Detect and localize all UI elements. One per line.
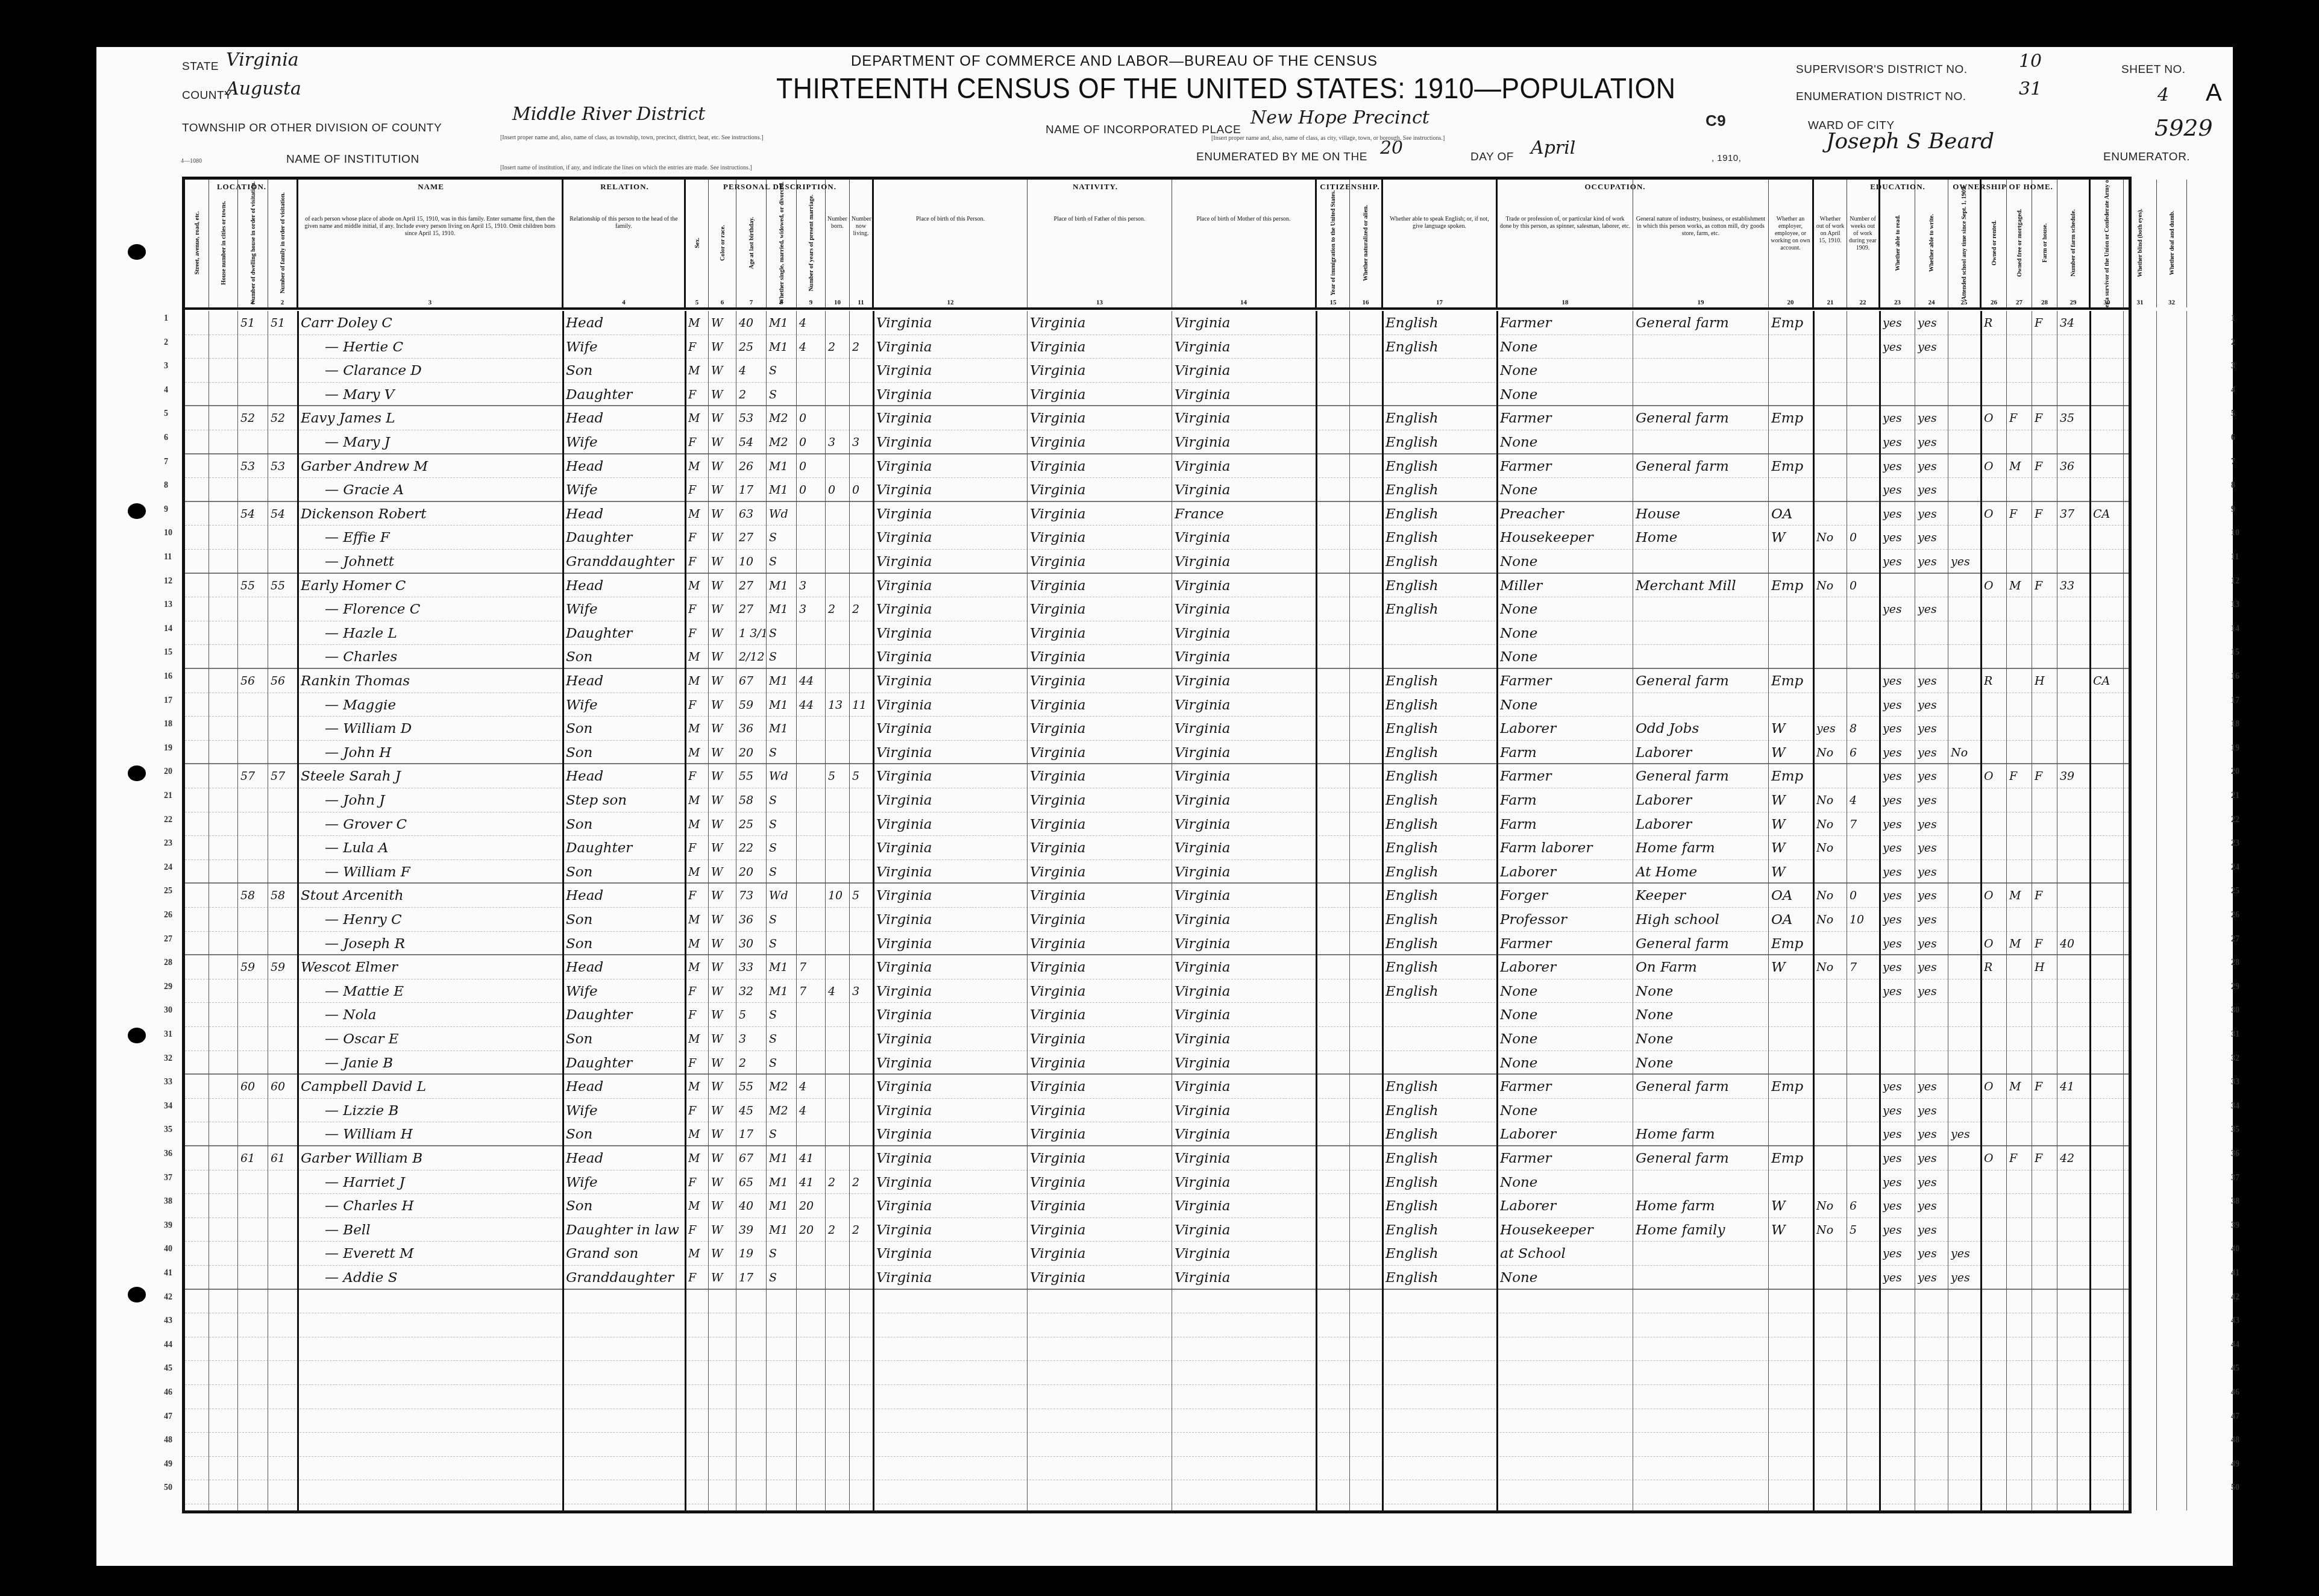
- table-row: — Effie FDaughterFW27SVirginiaVirginiaVi…: [185, 526, 2129, 550]
- cell-read: yes: [1883, 503, 1914, 525]
- cell-sex: M: [688, 909, 708, 931]
- cell-name: — Charles: [301, 646, 586, 668]
- column-header-text: Whether able to read.: [1894, 215, 1901, 271]
- column-header-c_house: House number in cities or towns.: [209, 180, 238, 307]
- line-number-right: 45: [2231, 1364, 2239, 1374]
- line-number-left: 15: [164, 648, 172, 658]
- line-number-right: 31: [2231, 1030, 2239, 1040]
- cell-father-birth: Virginia: [1030, 718, 1171, 740]
- cell-age: 39: [739, 1219, 765, 1241]
- cell-dwelling: 59: [240, 957, 267, 978]
- column-header-text: Owned or rented.: [1991, 221, 1997, 266]
- cell-age: 20: [739, 861, 765, 883]
- cell-marital: S: [769, 384, 795, 406]
- cell-father-birth: Virginia: [1030, 1100, 1171, 1122]
- cell-weeks-out: 0: [1850, 885, 1879, 906]
- cell-schedule: 35: [2060, 407, 2089, 429]
- cell-trade: None: [1500, 479, 1632, 501]
- line-number-left: 1: [164, 314, 168, 324]
- column-header-text: House number in cities or towns.: [220, 201, 227, 285]
- cell-name: Early Homer C: [301, 575, 562, 597]
- cell-relation: Wife: [566, 1100, 685, 1122]
- column-header-text: Place of birth of this Person.: [876, 216, 1025, 223]
- line-number-left: 26: [164, 911, 172, 920]
- cell-free-mort: M: [2009, 575, 2031, 597]
- line-number-right: 18: [2231, 720, 2239, 729]
- cell-marital: Wd: [769, 765, 795, 787]
- cell-relation: Daughter: [566, 527, 685, 548]
- table-row: — CharlesSonMW2/12SVirginiaVirginiaVirgi…: [185, 645, 2129, 669]
- cell-sex: M: [688, 407, 708, 429]
- line-number-left: 6: [164, 433, 168, 443]
- column-divider: [209, 311, 209, 1510]
- line-number-right: 12: [2231, 577, 2239, 586]
- punch-hole: [128, 244, 146, 260]
- line-number-right: 28: [2231, 958, 2239, 968]
- cell-name: — Lula A: [301, 837, 586, 859]
- cell-sex: M: [688, 1076, 708, 1098]
- cell-name: — Janie B: [301, 1052, 586, 1074]
- cell-age: 45: [739, 1100, 765, 1122]
- cell-sex: F: [688, 623, 708, 644]
- empty-row: [185, 1361, 2129, 1385]
- table-row: — Henry CSonMW36SVirginiaVirginiaVirgini…: [185, 908, 2129, 932]
- cell-birth: Virginia: [876, 885, 1026, 906]
- cell-race: W: [711, 981, 735, 1002]
- cell-class: W: [1771, 718, 1813, 740]
- cell-father-birth: Virginia: [1030, 670, 1171, 692]
- cell-mother-birth: Virginia: [1175, 646, 1316, 668]
- cell-language: English: [1385, 933, 1496, 955]
- cell-out-of-work: No: [1816, 527, 1846, 548]
- column-header-text: Trade or profession of, or particular ki…: [1499, 216, 1631, 230]
- cell-write: yes: [1918, 885, 1947, 906]
- cell-father-birth: Virginia: [1030, 1243, 1171, 1265]
- cell-industry: Home family: [1636, 1219, 1768, 1241]
- cell-industry: Laborer: [1636, 742, 1768, 764]
- cell-language: English: [1385, 1243, 1496, 1265]
- cell-mother-birth: Virginia: [1175, 670, 1316, 692]
- cell-mother-birth: Virginia: [1175, 814, 1316, 835]
- cell-mother-birth: Virginia: [1175, 718, 1316, 740]
- line-number-left: 28: [164, 958, 172, 968]
- cell-mother-birth: Virginia: [1175, 1243, 1316, 1265]
- cell-birth: Virginia: [876, 742, 1026, 764]
- line-number-right: 23: [2231, 839, 2239, 849]
- column-header-c30: Whether a survivor of the Union or Confe…: [2091, 180, 2124, 307]
- cell-marital: S: [769, 861, 795, 883]
- column-number: 5: [686, 299, 708, 306]
- cell-age: 59: [739, 694, 765, 716]
- cell-birth: Virginia: [876, 1100, 1026, 1122]
- cell-sex: F: [688, 384, 708, 406]
- cell-language: English: [1385, 1148, 1496, 1169]
- cell-read: yes: [1883, 479, 1914, 501]
- cell-class: Emp: [1771, 670, 1813, 692]
- column-header-text: Number of weeks out of work during year …: [1849, 216, 1877, 252]
- cell-mother-birth: Virginia: [1175, 1172, 1316, 1193]
- cell-age: 17: [739, 479, 765, 501]
- cell-living: 2: [852, 336, 873, 358]
- cell-name: Garber Andrew M: [301, 456, 562, 477]
- cell-relation: Grand son: [566, 1243, 685, 1265]
- cell-write: yes: [1918, 1267, 1947, 1289]
- cell-weeks-out: 10: [1850, 909, 1879, 931]
- cell-name: — Maggie: [301, 694, 586, 716]
- column-number: 26: [1982, 299, 2006, 306]
- cell-father-birth: Virginia: [1030, 336, 1171, 358]
- cell-race: W: [711, 598, 735, 620]
- line-number-right: 48: [2231, 1436, 2239, 1445]
- cell-class: W: [1771, 1195, 1813, 1217]
- cell-industry: General farm: [1636, 765, 1768, 787]
- cell-age: 40: [739, 1195, 765, 1217]
- cell-born: 4: [828, 981, 849, 1002]
- cell-free-mort: M: [2009, 933, 2031, 955]
- cell-school: No: [1951, 742, 1980, 764]
- cell-mother-birth: Virginia: [1175, 432, 1316, 453]
- cell-owned: R: [1984, 312, 2006, 334]
- cell-marital: M2: [769, 1100, 795, 1122]
- column-divider: [268, 311, 268, 1510]
- cell-birth: Virginia: [876, 909, 1026, 931]
- cell-age: 10: [739, 551, 765, 573]
- line-number-right: 4: [2231, 386, 2235, 395]
- cell-father-birth: Virginia: [1030, 1028, 1171, 1050]
- cell-free-mort: M: [2009, 1076, 2031, 1098]
- cell-birth: Virginia: [876, 384, 1026, 406]
- column-number: 30: [2091, 299, 2123, 306]
- line-number-left: 4: [164, 386, 168, 395]
- cell-out-of-work: No: [1816, 575, 1846, 597]
- table-row: — Charles HSonMW40M120VirginiaVirginiaVi…: [185, 1194, 2129, 1218]
- cell-out-of-work: No: [1816, 1195, 1846, 1217]
- column-divider: [736, 311, 736, 1510]
- cell-marital: S: [769, 909, 795, 931]
- line-number-right: 5: [2231, 409, 2235, 419]
- line-number-right: 11: [2231, 553, 2239, 562]
- column-header-c7: Age at last birthday.7: [736, 180, 767, 307]
- cell-language: English: [1385, 885, 1496, 906]
- cell-marital: Wd: [769, 503, 795, 525]
- cell-age: 1 3/12: [739, 623, 765, 644]
- line-number-left: 44: [164, 1340, 172, 1350]
- cell-birth: Virginia: [876, 1243, 1026, 1265]
- column-header-c9: Number of years of present marriage.9: [797, 180, 826, 307]
- cell-read: yes: [1883, 1267, 1914, 1289]
- empty-row: [185, 1409, 2129, 1433]
- cell-write: yes: [1918, 1100, 1947, 1122]
- cell-race: W: [711, 646, 735, 668]
- cell-age: 55: [739, 765, 765, 787]
- cell-age: 73: [739, 885, 765, 906]
- punch-hole: [128, 503, 146, 519]
- cell-name: — Everett M: [301, 1243, 586, 1265]
- cell-read: yes: [1883, 1123, 1914, 1145]
- cell-sex: M: [688, 1028, 708, 1050]
- cell-sex: M: [688, 1195, 708, 1217]
- cell-trade: Housekeeper: [1500, 1219, 1632, 1241]
- line-number-right: 9: [2231, 505, 2235, 515]
- cell-language: English: [1385, 407, 1496, 429]
- cell-relation: Head: [566, 670, 685, 692]
- cell-veteran: CA: [2093, 670, 2123, 692]
- column-header-c25: Attended school any time since Sept. 1, …: [1948, 180, 1982, 307]
- township-note: [Insert proper name and, also, name of c…: [500, 134, 764, 141]
- cell-race: W: [711, 765, 735, 787]
- enumeration-district-label: ENUMERATION DISTRICT NO.: [1796, 90, 1966, 104]
- column-header-text: Whether able to speak English; or, if no…: [1385, 216, 1494, 230]
- cell-dwelling: 51: [240, 312, 267, 334]
- line-number-left: 34: [164, 1102, 172, 1111]
- group-title-citizenship: CITIZENSHIP.: [1317, 182, 1383, 192]
- cell-race: W: [711, 861, 735, 883]
- incorporated-note: [Insert proper name and, also, name of c…: [1211, 135, 1445, 142]
- cell-read: yes: [1883, 527, 1914, 548]
- cell-weeks-out: 4: [1850, 790, 1879, 811]
- cell-father-birth: Virginia: [1030, 479, 1171, 501]
- cell-birth: Virginia: [876, 1195, 1026, 1217]
- cell-living: 5: [852, 765, 873, 787]
- column-header-c1: Number of dwelling house in order of vis…: [238, 180, 268, 307]
- cell-mother-birth: Virginia: [1175, 694, 1316, 716]
- line-number-left: 5: [164, 409, 168, 419]
- cell-sex: M: [688, 312, 708, 334]
- cell-mother-birth: Virginia: [1175, 1100, 1316, 1122]
- cell-marital: M1: [769, 479, 795, 501]
- column-header-c22: Number of weeks out of work during year …: [1847, 180, 1880, 307]
- cell-write: yes: [1918, 765, 1947, 787]
- cell-years-married: 3: [799, 598, 824, 620]
- cell-birth: Virginia: [876, 957, 1026, 978]
- line-number-right: 26: [2231, 911, 2239, 920]
- cell-industry: General farm: [1636, 1148, 1768, 1169]
- line-number-left: 12: [164, 577, 172, 586]
- table-row: — Hazle LDaughterFW1 3/12SVirginiaVirgin…: [185, 621, 2129, 646]
- cell-relation: Son: [566, 933, 685, 955]
- cell-mother-birth: Virginia: [1175, 1004, 1316, 1026]
- cell-write: yes: [1918, 312, 1947, 334]
- cell-years-married: 20: [799, 1195, 824, 1217]
- cell-mother-birth: Virginia: [1175, 1123, 1316, 1145]
- cell-read: yes: [1883, 694, 1914, 716]
- cell-language: English: [1385, 312, 1496, 334]
- cell-trade: None: [1500, 598, 1632, 620]
- punch-hole: [128, 1287, 146, 1302]
- empty-row: [185, 1337, 2129, 1362]
- cell-language: English: [1385, 814, 1496, 835]
- cell-mother-birth: Virginia: [1175, 1219, 1316, 1241]
- cell-name: — Mattie E: [301, 981, 586, 1002]
- cell-name: — Hazle L: [301, 623, 586, 644]
- cell-born: 2: [828, 1219, 849, 1241]
- cell-birth: Virginia: [876, 479, 1026, 501]
- cell-trade: Farmer: [1500, 765, 1632, 787]
- cell-father-birth: Virginia: [1030, 933, 1171, 955]
- cell-sex: F: [688, 551, 708, 573]
- cell-marital: M1: [769, 598, 795, 620]
- enumerator-label: ENUMERATOR.: [2103, 151, 2190, 164]
- cell-years-married: 4: [799, 336, 824, 358]
- cell-industry: None: [1636, 1052, 1768, 1074]
- cell-race: W: [711, 1148, 735, 1169]
- day-of-label: DAY OF: [1470, 151, 1514, 164]
- cell-age: 17: [739, 1267, 765, 1289]
- line-number-left: 37: [164, 1173, 172, 1183]
- ward-label: WARD OF CITY: [1808, 119, 1895, 133]
- cell-marital: M1: [769, 312, 795, 334]
- cell-age: 3: [739, 1028, 765, 1050]
- enumerated-month: April: [1531, 137, 1575, 159]
- cell-language: English: [1385, 1195, 1496, 1217]
- column-header-text: Number of dwelling house in order of vis…: [249, 181, 256, 304]
- cell-class: Emp: [1771, 312, 1813, 334]
- column-number: 22: [1847, 299, 1878, 306]
- cell-sex: F: [688, 981, 708, 1002]
- cell-living: 2: [852, 1172, 873, 1193]
- cell-relation: Son: [566, 646, 685, 668]
- column-divider: [237, 311, 238, 1510]
- column-header-text: Whether out of work on April 15, 1910.: [1816, 216, 1845, 245]
- column-header-text: Whether single, married, widowed, or div…: [778, 181, 785, 304]
- cell-sex: F: [688, 1219, 708, 1241]
- cell-sex: F: [688, 694, 708, 716]
- cell-birth: Virginia: [876, 981, 1026, 1002]
- cell-sex: M: [688, 790, 708, 811]
- cell-relation: Granddaughter: [566, 1267, 685, 1289]
- cell-relation: Son: [566, 718, 685, 740]
- cell-trade: None: [1500, 551, 1632, 573]
- cell-sex: M: [688, 814, 708, 835]
- column-number: 19: [1633, 299, 1768, 306]
- cell-father-birth: Virginia: [1030, 814, 1171, 835]
- cell-mother-birth: Virginia: [1175, 1148, 1316, 1169]
- cell-family: 59: [271, 957, 297, 978]
- cell-name: — Mary V: [301, 384, 586, 406]
- cell-marital: M1: [769, 981, 795, 1002]
- column-divider: [796, 311, 797, 1510]
- cell-class: Emp: [1771, 1148, 1813, 1169]
- cell-relation: Head: [566, 885, 685, 906]
- cell-age: 30: [739, 933, 765, 955]
- line-number-right: 42: [2231, 1293, 2239, 1302]
- cell-living: 2: [852, 598, 873, 620]
- cell-mother-birth: Virginia: [1175, 861, 1316, 883]
- cell-father-birth: Virginia: [1030, 861, 1171, 883]
- table-row: — Lizzie BWifeFW45M24VirginiaVirginiaVir…: [185, 1099, 2129, 1123]
- cell-read: yes: [1883, 456, 1914, 477]
- column-header-text: Whether deaf and dumb.: [2168, 210, 2175, 275]
- cell-read: yes: [1883, 837, 1914, 859]
- cell-trade: at School: [1500, 1243, 1632, 1265]
- cell-relation: Head: [566, 1076, 685, 1098]
- incorporated-place-value: New Hope Precinct: [1251, 107, 1429, 128]
- cell-class: W: [1771, 837, 1813, 859]
- cell-school: yes: [1951, 1243, 1980, 1265]
- cell-mother-birth: Virginia: [1175, 957, 1316, 978]
- column-divider: [562, 311, 564, 1510]
- column-number: 16: [1350, 299, 1381, 306]
- cell-trade: Forger: [1500, 885, 1632, 906]
- cell-years-married: 0: [799, 432, 824, 453]
- cell-living: 11: [852, 694, 873, 716]
- cell-trade: Farm laborer: [1500, 837, 1632, 859]
- line-number-right: 10: [2231, 529, 2239, 538]
- cell-marital: M1: [769, 694, 795, 716]
- cell-trade: Farmer: [1500, 456, 1632, 477]
- table-row: — Oscar ESonMW3SVirginiaVirginiaVirginia…: [185, 1027, 2129, 1051]
- state-label: STATE: [182, 60, 219, 74]
- cell-race: W: [711, 575, 735, 597]
- cell-sex: F: [688, 1004, 708, 1026]
- line-number-left: 10: [164, 529, 172, 538]
- table-row: 5656Rankin ThomasHeadMW67M144VirginiaVir…: [185, 669, 2129, 693]
- cell-out-of-work: No: [1816, 957, 1846, 978]
- cell-trade: None: [1500, 1052, 1632, 1074]
- cell-class: W: [1771, 861, 1813, 883]
- column-number: 7: [736, 299, 766, 306]
- cell-language: English: [1385, 790, 1496, 811]
- cell-out-of-work: No: [1816, 837, 1846, 859]
- cell-language: English: [1385, 479, 1496, 501]
- cell-language: English: [1385, 575, 1496, 597]
- cell-write: yes: [1918, 814, 1947, 835]
- cell-farm-house: F: [2035, 312, 2056, 334]
- cell-marital: S: [769, 814, 795, 835]
- column-divider: [1948, 311, 1948, 1510]
- cell-name: — Florence C: [301, 598, 586, 620]
- line-number-right: 36: [2231, 1149, 2239, 1159]
- column-header-text: Number now living.: [852, 216, 870, 237]
- table-row: — Mary JWifeFW54M2033VirginiaVirginiaVir…: [185, 430, 2129, 454]
- cell-marital: S: [769, 623, 795, 644]
- cell-age: 67: [739, 670, 765, 692]
- cell-race: W: [711, 1028, 735, 1050]
- column-header-c_street: Street, avenue, road, etc.: [185, 180, 209, 307]
- cell-read: yes: [1883, 1195, 1914, 1217]
- table-row: — Florence CWifeFW27M1322VirginiaVirgini…: [185, 597, 2129, 621]
- line-number-right: 37: [2231, 1173, 2239, 1183]
- cell-language: English: [1385, 1123, 1496, 1145]
- cell-industry: None: [1636, 1004, 1768, 1026]
- cell-name: — Oscar E: [301, 1028, 586, 1050]
- cell-marital: S: [769, 360, 795, 382]
- line-number-left: 20: [164, 767, 172, 777]
- line-number-left: 50: [164, 1483, 172, 1493]
- cell-class: Emp: [1771, 765, 1813, 787]
- column-number: 18: [1498, 299, 1633, 306]
- cell-birth: Virginia: [876, 527, 1026, 548]
- column-divider: [1768, 311, 1769, 1510]
- empty-row: [185, 1313, 2129, 1337]
- column-number: 23: [1880, 299, 1915, 306]
- cell-read: yes: [1883, 933, 1914, 955]
- column-number: 4: [563, 299, 684, 306]
- cell-birth: Virginia: [876, 1267, 1026, 1289]
- line-number-left: 39: [164, 1221, 172, 1231]
- cell-name: — Clarance D: [301, 360, 586, 382]
- cell-relation: Wife: [566, 981, 685, 1002]
- column-header-c15: Year of immigration to the United States…: [1317, 180, 1350, 307]
- cell-relation: Daughter in law: [566, 1219, 685, 1241]
- column-divider: [1879, 311, 1881, 1510]
- cell-relation: Granddaughter: [566, 551, 685, 573]
- cell-dwelling: 54: [240, 503, 267, 525]
- cell-write: yes: [1918, 1195, 1947, 1217]
- column-header-text: Whether an employer, employee, or workin…: [1771, 216, 1810, 252]
- cell-father-birth: Virginia: [1030, 837, 1171, 859]
- cell-birth: Virginia: [876, 933, 1026, 955]
